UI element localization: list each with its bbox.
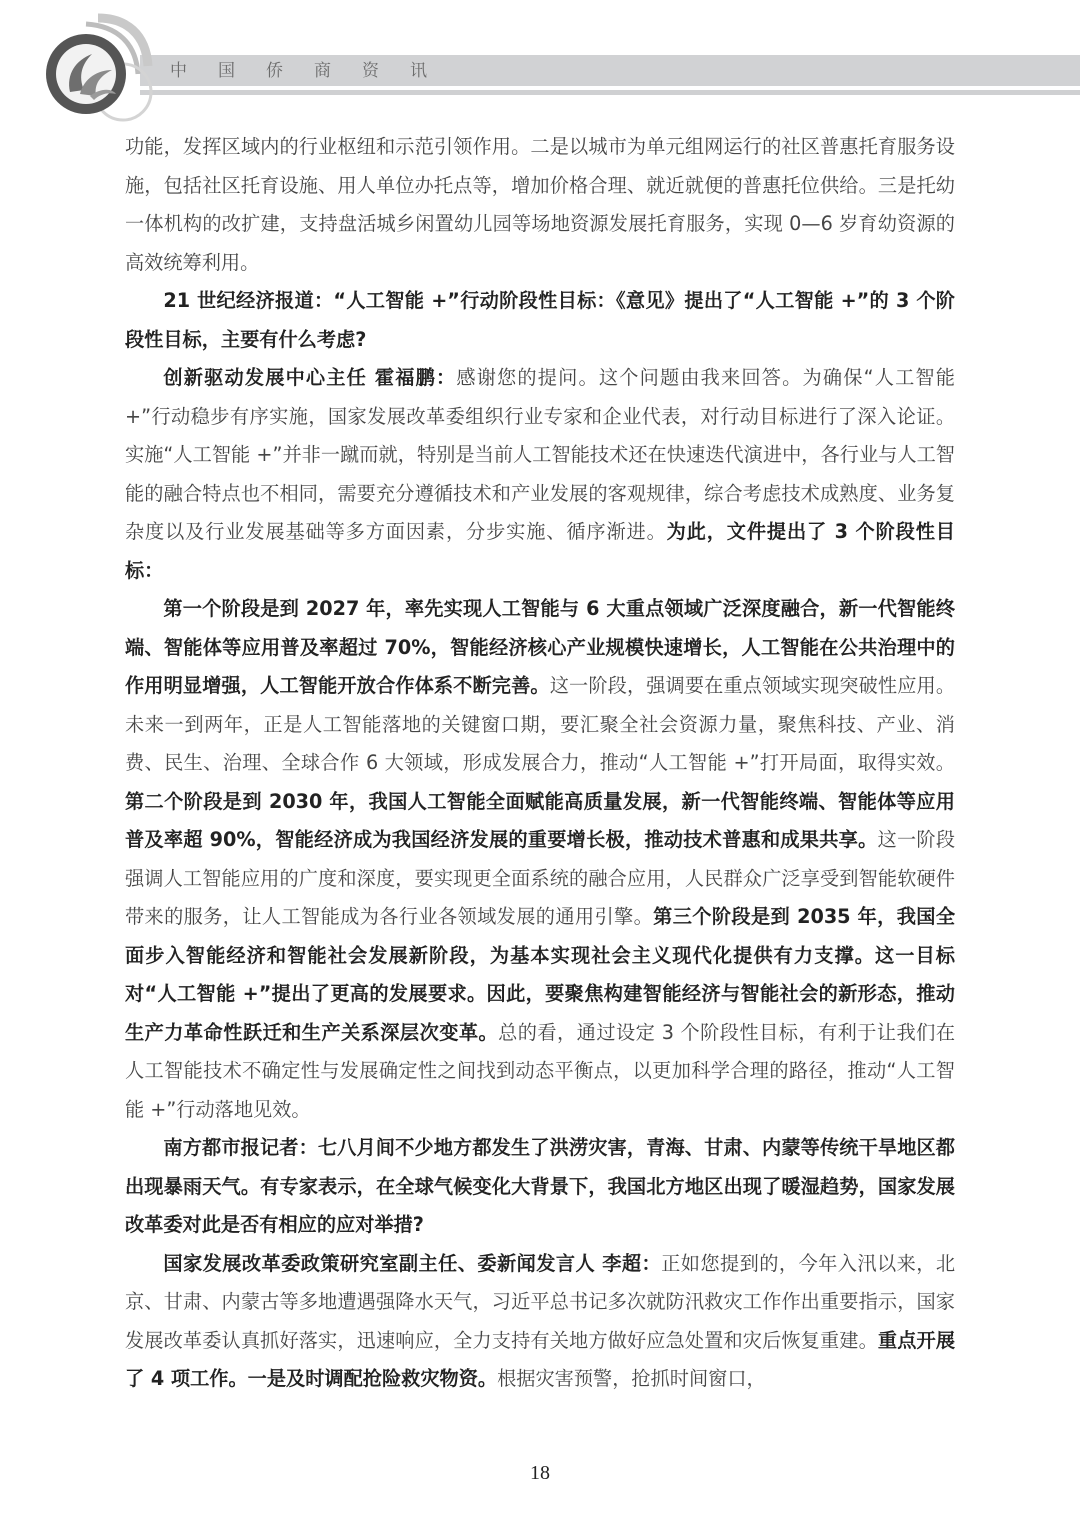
stage-two-goal: 第二个阶段是到 2030 年，我国人工智能全面赋能高质量发展，新一代智能终端、智… xyxy=(125,790,955,852)
text-run: 功能，发挥区域内的行业枢纽和示范引领作用。二是以城市为单元组网运行的社区普惠托育… xyxy=(125,135,955,274)
answer-li-chao: 国家发展改革委政策研究室副主任、委新闻发言人 李超：正如您提到的，今年入汛以来，… xyxy=(125,1245,955,1399)
page-number: 18 xyxy=(0,1462,1080,1485)
question-text: 21 世纪经济报道：“人工智能 +”行动阶段性目标：《意见》提出了“人工智能 +… xyxy=(125,289,955,351)
question-text: 南方都市报记者：七八月间不少地方都发生了洪涝灾害，青海、甘肃、内蒙等传统干旱地区… xyxy=(125,1136,955,1236)
publication-title: 中国侨商资讯 xyxy=(170,58,458,84)
three-stage-goals: 第一个阶段是到 2027 年，率先实现人工智能与 6 大重点领域广泛深度融合，新… xyxy=(125,590,955,1129)
question-21st-century-business-herald: 21 世纪经济报道：“人工智能 +”行动阶段性目标：《意见》提出了“人工智能 +… xyxy=(125,282,955,359)
text-run: 感谢您的提问。这个问题由我来回答。为确保“人工智能 +”行动稳步有序实施，国家发… xyxy=(125,366,955,543)
question-southern-metropolis-daily: 南方都市报记者：七八月间不少地方都发生了洪涝灾害，青海、甘肃、内蒙等传统干旱地区… xyxy=(125,1129,955,1245)
paragraph-continuation: 功能，发挥区域内的行业枢纽和示范引领作用。二是以城市为单元组网运行的社区普惠托育… xyxy=(125,128,955,282)
header-rule xyxy=(140,90,1080,95)
organization-logo-icon xyxy=(28,4,158,124)
article-body: 功能，发挥区域内的行业枢纽和示范引领作用。二是以城市为单元组网运行的社区普惠托育… xyxy=(125,128,955,1399)
speaker-label: 国家发展改革委政策研究室副主任、委新闻发言人 李超： xyxy=(163,1252,661,1275)
text-run: 根据灾害预警，抢抓时间窗口， xyxy=(497,1367,766,1390)
speaker-label: 创新驱动发展中心主任 霍福鹏： xyxy=(163,366,456,389)
page-header: 中国侨商资讯 xyxy=(0,0,1080,130)
answer-huo-fupeng: 创新驱动发展中心主任 霍福鹏：感谢您的提问。这个问题由我来回答。为确保“人工智能… xyxy=(125,359,955,590)
